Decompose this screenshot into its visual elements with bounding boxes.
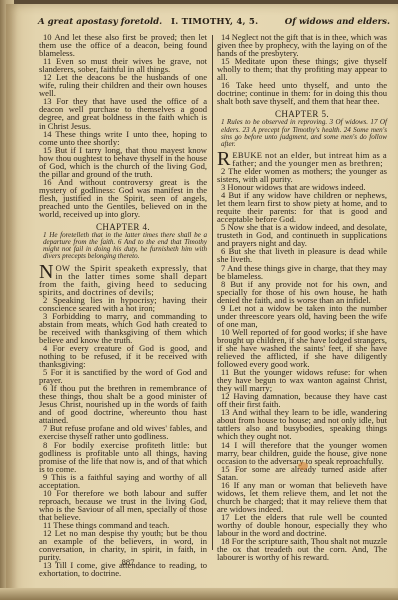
- verse: 7 And these things give in charge, that …: [217, 264, 387, 280]
- verse: 5 For it is sanctified by the word of Go…: [39, 368, 207, 384]
- verse: 11 But the younger widows refuse: for wh…: [217, 368, 387, 392]
- drop-cap: N: [39, 264, 53, 280]
- verse: 13 And withal they learn to be idle, wan…: [217, 408, 387, 440]
- chapter-4-first-verse: NOW the Spirit speaketh expressly, that …: [39, 264, 207, 296]
- running-header: A great apostasy foretold. I. TIMOTHY, 4…: [38, 17, 390, 29]
- drop-cap: R: [217, 151, 230, 167]
- verse: 14 Neglect not the gift that is in thee,…: [217, 33, 387, 57]
- verse: 10 Well reported of for good works; if s…: [217, 328, 387, 368]
- column-divider: [212, 35, 213, 550]
- verse: 4 For every creature of God is good, and…: [39, 344, 207, 368]
- verse: 2 The elder women as mothers; the younge…: [217, 167, 387, 183]
- verse: 11 Even so must their wives be grave, no…: [39, 57, 207, 73]
- verse: 15 But if I tarry long, that thou mayest…: [39, 146, 207, 178]
- chapter-5-summary: 1 Rules to be observed in reproving. 3 O…: [217, 119, 387, 147]
- verse: 3 Forbidding to marry, and commanding to…: [39, 312, 207, 344]
- page-stain: [298, 462, 308, 470]
- verse: 16 If any man or woman that believeth ha…: [217, 481, 387, 513]
- verse: 12 Having damnation, because they have c…: [217, 392, 387, 408]
- page-bottom-edge: [0, 588, 398, 600]
- header-book-reference: I. TIMOTHY, 4, 5.: [171, 17, 258, 27]
- verse: 16 Take heed unto thyself, and unto the …: [217, 81, 387, 105]
- header-left-topic: A great apostasy foretold.: [38, 17, 162, 27]
- page-number: 887: [98, 557, 158, 567]
- chapter-5-first-verse: REBUKE not an elder, but intreat him as …: [217, 151, 387, 167]
- verse: 18 For the scripture saith, Thou shalt n…: [217, 537, 387, 561]
- verse: 4 But if any widow have children or neph…: [217, 191, 387, 223]
- header-right-topic: Of widows and elders.: [285, 17, 390, 27]
- verse: 9 Let not a widow be taken into the numb…: [217, 304, 387, 328]
- verse: 8 For bodily exercise profiteth little: …: [39, 441, 207, 473]
- verse: 8 But if any provide not for his own, an…: [217, 280, 387, 304]
- verse: 6 But she that liveth in pleasure is dea…: [217, 247, 387, 263]
- verse: 14 These things write I unto thee, hopin…: [39, 130, 207, 146]
- verse: 2 Speaking lies in hypocrisy; having the…: [39, 296, 207, 312]
- verse: 9 This is a faithful saying and worthy o…: [39, 473, 207, 489]
- verse: 7 But refuse profane and old wives' fabl…: [39, 424, 207, 440]
- verse: 15 Meditate upon these things; give thys…: [217, 57, 387, 81]
- chapter-5-heading: CHAPTER 5.: [217, 110, 387, 118]
- verse: 16 And without controversy great is the …: [39, 178, 207, 218]
- verse: 12 Let the deacons be the husbands of on…: [39, 73, 207, 97]
- right-column: 14 Neglect not the gift that is in thee,…: [217, 33, 387, 561]
- verse: 6 If thou put the brethren in remembranc…: [39, 384, 207, 424]
- chapter-4-heading: CHAPTER 4.: [39, 223, 207, 231]
- verse: 13 For they that have used the office of…: [39, 97, 207, 129]
- verse: 10 And let these also first be proved; t…: [39, 33, 207, 57]
- chapter-4-summary: 1 He foretelleth that in the latter time…: [39, 232, 207, 260]
- verse: 5 Now she that is a widow indeed, and de…: [217, 223, 387, 247]
- verse: 10 For therefore we both labour and suff…: [39, 489, 207, 521]
- left-column: 10 And let these also first be proved; t…: [39, 33, 207, 577]
- verse: 17 Let the elders that rule well be coun…: [217, 513, 387, 537]
